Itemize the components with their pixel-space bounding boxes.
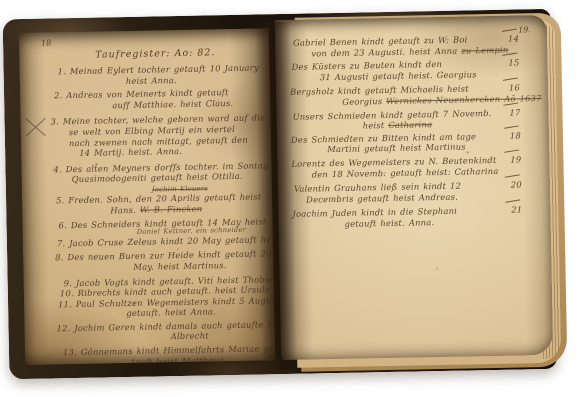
margin-number: 14 xyxy=(503,33,519,44)
entry-text: 31 Augusti getauft heist. Georgius xyxy=(320,69,477,82)
entry-text: von dem 23 Augusti. heist Anna xyxy=(311,45,461,58)
entry-text: getauft. heist Anna. xyxy=(126,307,216,319)
struck-text: W. B. Fincken xyxy=(140,204,203,215)
entry-text: Georgius xyxy=(342,96,386,107)
manuscript-line: getauft. heist Anna. xyxy=(126,306,266,319)
folio-number-right: 19. xyxy=(518,25,531,34)
right-page-text: Gabriel Benen kindt getauft zu W: Boi14v… xyxy=(289,33,523,230)
manuscript-photo: 18 Taufregister: Ao: 82. 1. Meinad Eyler… xyxy=(0,0,580,397)
margin-number: 16 xyxy=(504,83,520,94)
register-heading: Taufregister: Ao: 82. xyxy=(95,46,261,60)
manuscript-line: heist Catharina xyxy=(363,118,521,132)
entry-text: 7. Jacob Cruse Zeleus kindt 20 May getau… xyxy=(57,234,275,248)
manuscript-line: heist Anna. xyxy=(126,73,262,86)
left-page-text: Taufregister: Ao: 82. 1. Meinad Eylert t… xyxy=(37,38,267,365)
left-page: 18 Taufregister: Ao: 82. 1. Meinad Eyler… xyxy=(19,28,275,365)
right-page-entries: Gabriel Benen kindt getauft zu W: Boi14v… xyxy=(289,33,523,230)
margin-number: 17 xyxy=(504,107,520,118)
manuscript-line: Georgius Wernickes Neuenkercken Aō 1637 xyxy=(342,93,520,107)
entry-text: Martini getauft heist Martinus xyxy=(327,142,466,155)
entry-text: auff Matthiae. heist Claus. xyxy=(112,98,233,110)
left-page-entries: 1. Meinad Eylert tochter getauft 10 Janu… xyxy=(38,62,268,365)
manuscript-line: Albrecht xyxy=(171,330,267,342)
manuscript-line: May. heist Martinus. xyxy=(133,259,265,272)
struck-text: Catharina xyxy=(388,119,432,130)
entry-text: Quasimodogeniti getauft heist Ottilia. xyxy=(72,171,243,184)
margin-number: 21 xyxy=(506,205,522,216)
margin-number: 19 xyxy=(505,154,521,165)
entry-text: 14 Martij. heist. Anna. xyxy=(79,146,182,158)
struck-text: zu Lempin xyxy=(461,44,508,55)
open-book: 18 Taufregister: Ao: 82. 1. Meinad Eyler… xyxy=(3,5,566,384)
right-page: 19. Gabriel Benen kindt getauft zu W: Bo… xyxy=(275,15,553,360)
entry-text: heist Anna. xyxy=(126,75,177,86)
margin-number: 15 xyxy=(503,58,519,69)
manuscript-line: Hans. W. B. Fincken xyxy=(110,202,264,216)
entry-text: Decembris getauft heist Andreas. xyxy=(306,191,458,204)
manuscript-line: auff Matthiae. heist Claus. xyxy=(112,97,262,110)
manuscript-line: 14 Martij. heist. Anna. xyxy=(79,145,263,159)
entry-text: heist xyxy=(363,120,389,130)
entry-text: Albrecht xyxy=(171,331,209,342)
entry-text: May. heist Martinus. xyxy=(133,260,226,272)
struck-text: Wernickes Neuenkercken Aō 1637 xyxy=(386,93,542,106)
margin-number: 18 xyxy=(505,130,521,141)
entry-text: Hans. xyxy=(110,205,140,216)
manuscript-line: getauft heist. Anna. xyxy=(344,215,522,229)
entry-text: getauft heist. Anna. xyxy=(344,217,434,229)
margin-number: 20 xyxy=(506,180,522,191)
manuscript-line: 7. Jacob Cruse Zeleus kindt 20 May getau… xyxy=(57,234,265,249)
manuscript-line: Quasimodogeniti getauft heist Ottilia. xyxy=(72,171,264,185)
